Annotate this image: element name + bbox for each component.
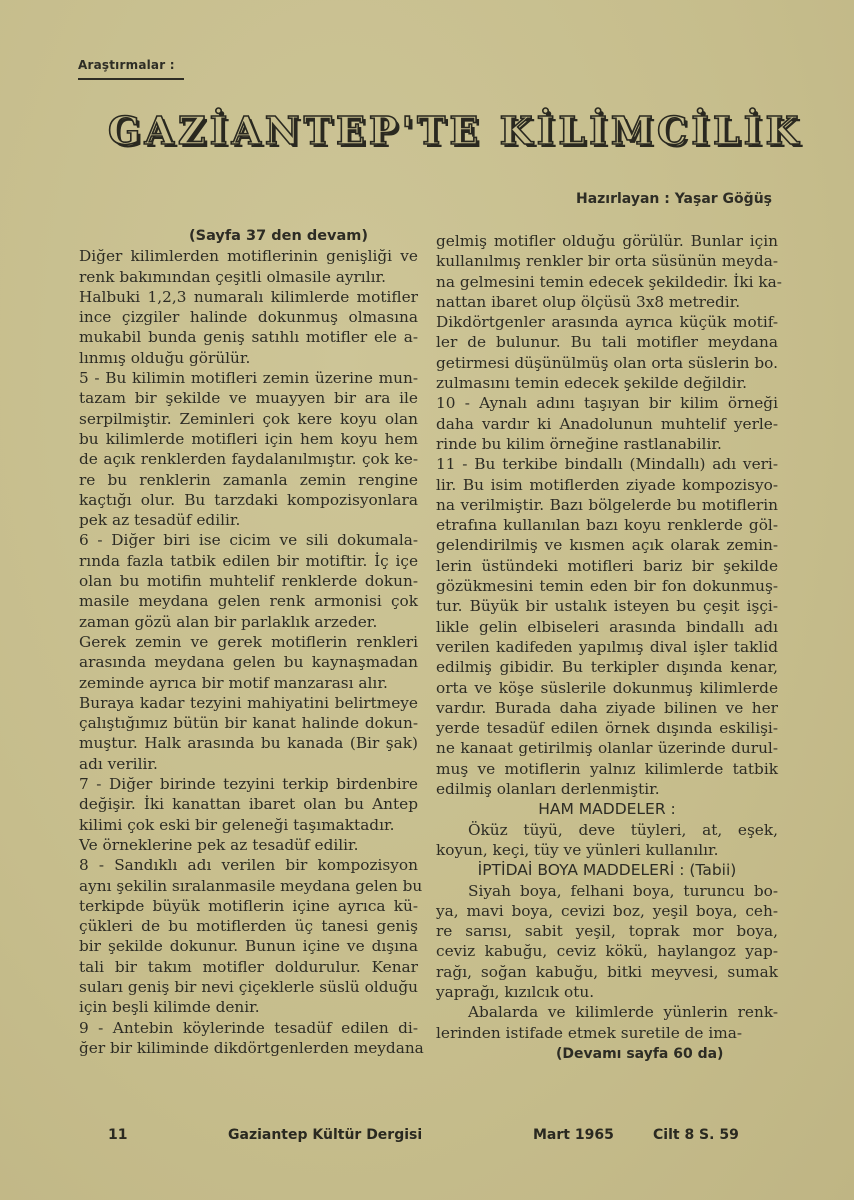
text-line: etrafına kullanılan bazı koyu renklerde …	[436, 515, 778, 535]
text-line: na gelmesini temin edecek şekildedir. İk…	[436, 272, 778, 292]
dyes-heading: İPTİDAİ BOYA MADDELERİ : (Tabii)	[436, 860, 778, 880]
section-underline	[78, 78, 184, 80]
text-line: vardır. Burada daha ziyade bilinen ve he…	[436, 698, 778, 718]
text-line: lerin üstündeki motifleri bariz bir şeki…	[436, 556, 778, 576]
text-line: ğer bir kiliminde dikdörtgenlerden meyda…	[79, 1038, 418, 1058]
text-line: Ve örneklerine pek az tesadüf edilir.	[79, 835, 418, 855]
text-line: Öküz tüyü, deve tüyleri, at, eşek,	[436, 820, 778, 840]
text-line: gözükmesini temin eden bir fon dokunmuş-	[436, 576, 778, 596]
text-line: masile meydana gelen renk armonisi çok	[79, 591, 418, 611]
text-line: Dikdörtgenler arasında ayrıca küçük moti…	[436, 312, 778, 332]
text-line: mukabil bunda geniş satıhlı motifler ele…	[79, 327, 418, 347]
text-line: 6 - Diğer biri ise cicim ve sili dokumal…	[79, 530, 418, 550]
text-line: gelmiş motifler olduğu görülür. Bunlar i…	[436, 231, 778, 251]
text-line: de açık renklerden faydalanılmıştır. çok…	[79, 449, 418, 469]
text-line: ne kanaat getirilmiş olanlar üzerinde du…	[436, 738, 778, 758]
text-line: için beşli kilimde denir.	[79, 997, 418, 1017]
volume-issue: Cilt 8 S. 59	[653, 1127, 739, 1143]
text-line: lınmış olduğu görülür.	[79, 348, 418, 368]
text-line: arasında meydana gelen bu kaynaşmadan	[79, 652, 418, 672]
text-line: verilen kadifeden yapılmış dival işler t…	[436, 637, 778, 657]
text-line: değişir. İki kanattan ibaret olan bu Ant…	[79, 794, 418, 814]
text-line: edilmiş gibidir. Bu terkipler dışında ke…	[436, 657, 778, 677]
text-line: yerde tesadüf edilen örnek dışında eskil…	[436, 718, 778, 738]
text-line: Buraya kadar tezyini mahiyatini belirtme…	[79, 693, 418, 713]
section-label: Araştırmalar :	[78, 58, 175, 72]
text-line: tazam bir şekilde ve muayyen bir ara ile	[79, 388, 418, 408]
raw-materials-body: Öküz tüyü, deve tüyleri, at, eşek,koyun,…	[436, 820, 778, 861]
text-line: çükleri de bu motiflerden üç tanesi geni…	[79, 916, 418, 936]
text-line: muş ve motiflerin yalnız kilimlerde tatb…	[436, 759, 778, 779]
left-column: (Sayfa 37 den devam) Diğer kilimlerden m…	[79, 226, 418, 1058]
author-line: Hazırlayan : Yaşar Göğüş	[576, 191, 772, 207]
text-line: gelendirilmiş ve kısmen açık olarak zemi…	[436, 535, 778, 555]
continued-from-note: (Sayfa 37 den devam)	[79, 226, 418, 246]
text-line: daha vardır ki Anadolunun muhtelif yerle…	[436, 414, 778, 434]
text-line: Abalarda ve kilimlerde yünlerin renk-	[436, 1002, 778, 1022]
text-line: pek az tesadüf edilir.	[79, 510, 418, 530]
page-number: 11	[108, 1127, 127, 1143]
text-line: ceviz kabuğu, ceviz kökü, haylangoz yap-	[436, 941, 778, 961]
text-line: ler de bulunur. Bu tali motifler meydana	[436, 332, 778, 352]
right-column-body: gelmiş motifler olduğu görülür. Bunlar i…	[436, 231, 778, 799]
text-line: tali bir takım motifler doldurulur. Kena…	[79, 957, 418, 977]
text-line: nattan ibaret olup ölçüsü 3x8 metredir.	[436, 292, 778, 312]
text-line: 10 - Aynalı adını taşıyan bir kilim örne…	[436, 393, 778, 413]
left-column-body: Diğer kilimlerden motiflerinin genişliği…	[79, 246, 418, 1058]
text-line: 11 - Bu terkibe bindallı (Mindallı) adı …	[436, 454, 778, 474]
text-line: rında fazla tatbik edilen bir motiftir. …	[79, 551, 418, 571]
text-line: adı verilir.	[79, 754, 418, 774]
text-line: yaprağı, kızılcık otu.	[436, 982, 778, 1002]
text-line: ya, mavi boya, cevizi boz, yeşil boya, c…	[436, 901, 778, 921]
text-line: likle gelin elbiseleri arasında bindallı…	[436, 617, 778, 637]
text-line: kilimi çok eski bir geleneği taşımaktadı…	[79, 815, 418, 835]
right-column: gelmiş motifler olduğu görülür. Bunlar i…	[436, 231, 778, 1064]
text-line: 5 - Bu kilimin motifleri zemin üzerine m…	[79, 368, 418, 388]
text-line: na verilmiştir. Bazı bölgelerde bu motif…	[436, 495, 778, 515]
text-line: re sarısı, sabit yeşil, toprak mor boya,	[436, 921, 778, 941]
text-line: zulmasını temin edecek şekilde değildir.	[436, 373, 778, 393]
text-line: Siyah boya, felhani boya, turuncu bo-	[436, 881, 778, 901]
text-line: olan bu motifin muhtelif renklerde dokun…	[79, 571, 418, 591]
text-line: 8 - Sandıklı adı verilen bir kompozisyon	[79, 855, 418, 875]
text-line: orta ve köşe süslerile dokunmuş kilimler…	[436, 678, 778, 698]
text-line: rinde bu kilim örneğine rastlanabilir.	[436, 434, 778, 454]
text-line: Halbuki 1,2,3 numaralı kilimlerde motifl…	[79, 287, 418, 307]
text-line: bu kilimlerde motifleri için hem koyu he…	[79, 429, 418, 449]
text-line: zaman gözü alan bir parlaklık arzeder.	[79, 612, 418, 632]
text-line: suları geniş bir nevi çiçeklerle süslü o…	[79, 977, 418, 997]
text-line: serpilmiştir. Zeminleri çok kere koyu ol…	[79, 409, 418, 429]
text-line: kullanılmış renkler bir orta süsünün mey…	[436, 251, 778, 271]
text-line: aynı şekilin sıralanmasile meydana gelen…	[79, 876, 418, 896]
issue-date: Mart 1965	[533, 1127, 614, 1143]
text-line: lerinden istifade etmek suretile de ima-	[436, 1023, 778, 1043]
text-line: Diğer kilimlerden motiflerinin genişliği…	[79, 246, 418, 266]
text-line: bir şekilde dokunur. Bunun içine ve dışı…	[79, 936, 418, 956]
closing-paragraph: Abalarda ve kilimlerde yünlerin renk-ler…	[436, 1002, 778, 1043]
continued-to-note: (Devamı sayfa 60 da)	[436, 1044, 778, 1064]
text-line: koyun, keçi, tüy ve yünleri kullanılır.	[436, 840, 778, 860]
magazine-name: Gaziantep Kültür Dergisi	[228, 1127, 422, 1143]
text-line: re bu renklerin zamanla zemin rengine	[79, 470, 418, 490]
article-title: GAZİANTEP'TE KİLİMCİLİK	[108, 108, 748, 153]
text-line: getirmesi düşünülmüş olan orta süslerin …	[436, 353, 778, 373]
text-line: tur. Büyük bir ustalık isteyen bu çeşit …	[436, 596, 778, 616]
page-footer: 11 Gaziantep Kültür Dergisi Mart 1965 Ci…	[0, 1127, 854, 1147]
text-line: terkipde büyük motiflerin içine ayrıca k…	[79, 896, 418, 916]
text-line: rağı, soğan kabuğu, bitki meyvesi, sumak	[436, 962, 778, 982]
text-line: muştur. Halk arasında bu kanada (Bir şak…	[79, 733, 418, 753]
text-line: 9 - Antebin köylerinde tesadüf edilen di…	[79, 1018, 418, 1038]
text-line: lir. Bu isim motiflerden ziyade kompozis…	[436, 475, 778, 495]
text-line: edilmiş olanları derlenmiştir.	[436, 779, 778, 799]
text-line: kaçtığı olur. Bu tarzdaki kompozisyonlar…	[79, 490, 418, 510]
dyes-body: Siyah boya, felhani boya, turuncu bo-ya,…	[436, 881, 778, 1003]
text-line: ince çizgiler halinde dokunmuş olmasına	[79, 307, 418, 327]
raw-materials-heading: HAM MADDELER :	[436, 799, 778, 819]
text-line: renk bakımından çeşitli olmasile ayrılır…	[79, 267, 418, 287]
text-line: zeminde ayrıca bir motif manzarası alır.	[79, 673, 418, 693]
text-line: çalıştığımız bütün bir kanat halinde dok…	[79, 713, 418, 733]
text-line: Gerek zemin ve gerek motiflerin renkleri	[79, 632, 418, 652]
text-line: 7 - Diğer birinde tezyini terkip birdenb…	[79, 774, 418, 794]
